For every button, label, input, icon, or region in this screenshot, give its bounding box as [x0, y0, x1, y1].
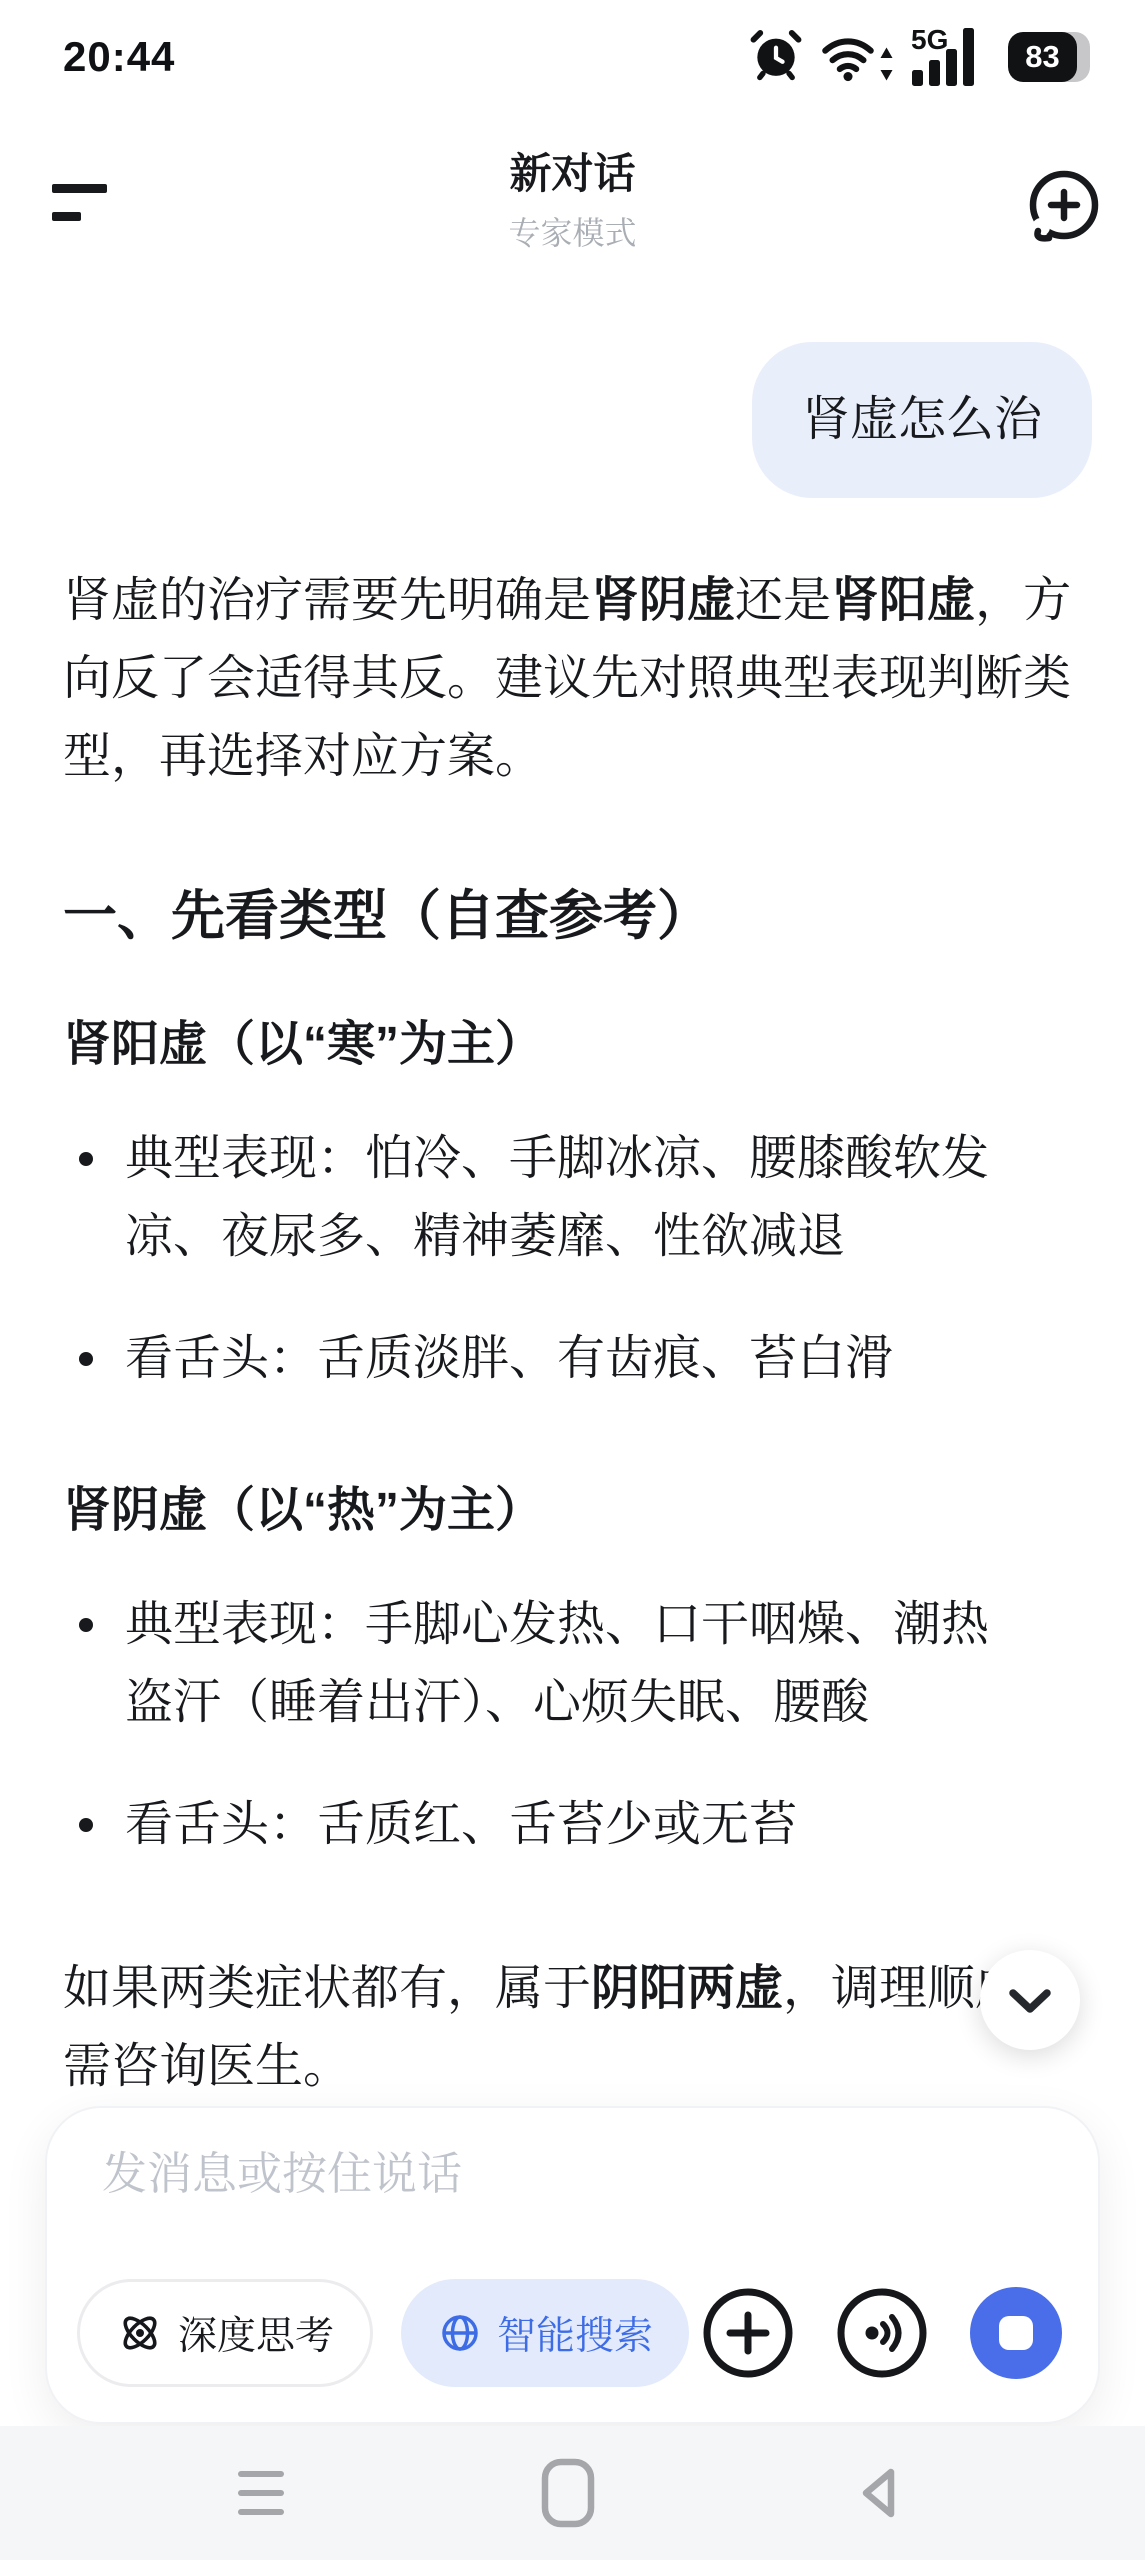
deep-think-button[interactable]: 深度思考: [77, 2279, 373, 2387]
composer-card: 深度思考 智能搜索: [45, 2106, 1100, 2424]
app-header: 新对话 专家模式: [0, 100, 1145, 260]
new-chat-button[interactable]: [1025, 168, 1101, 249]
subsection-heading-yin: 肾阴虚（以“热”为主）: [63, 1482, 1083, 1540]
intro-paragraph: 肾虚的治疗需要先明确是肾阴虚还是肾阳虚，方向反了会适得其反。建议先对照典型表现判…: [63, 562, 1083, 796]
chevron-down-icon: [982, 1952, 1078, 2048]
voice-wave-icon: [836, 2287, 928, 2379]
outro-paragraph: 如果两类症状都有，属于阴阳两虚，调理顺序需咨询医生。: [63, 1950, 1048, 2106]
nav-back-button[interactable]: [851, 2463, 907, 2523]
home-square-icon: [541, 2458, 595, 2528]
list-item: 看舌头：舌质红、舌苔少或无苔: [63, 1786, 1083, 1864]
subsection-heading-yang: 肾阳虚（以“寒”为主）: [63, 1016, 1083, 1074]
smart-search-label: 智能搜索: [497, 2305, 653, 2361]
list-item: 典型表现：手脚心发热、口干咽燥、潮热盗汗（睡着出汗）、心烦失眠、腰酸: [63, 1586, 1083, 1742]
globe-icon: [437, 2310, 483, 2356]
new-chat-icon: [1025, 168, 1101, 244]
voice-button[interactable]: [836, 2287, 928, 2379]
nav-menu-button[interactable]: [238, 2471, 284, 2515]
battery-indicator: 83: [1008, 32, 1090, 82]
status-bar: 20:44 5G: [0, 0, 1145, 100]
atom-icon: [116, 2309, 164, 2357]
chat-area: 肾虚怎么治 肾虚的治疗需要先明确是肾阴虚还是肾阳虚，方向反了会适得其反。建议先对…: [0, 342, 1145, 2106]
mode-subtitle: 专家模式: [0, 208, 1145, 254]
scroll-to-bottom-button[interactable]: [980, 1950, 1080, 2050]
network-label: 5G: [911, 24, 948, 55]
nav-home-button[interactable]: [541, 2458, 595, 2528]
smart-search-button[interactable]: 智能搜索: [401, 2279, 689, 2387]
stop-icon: [999, 2316, 1033, 2350]
sidebar-menu-icon[interactable]: [52, 184, 107, 221]
status-icons: 5G 83: [749, 24, 1090, 91]
symptom-list-yin: 典型表现：手脚心发热、口干咽燥、潮热盗汗（睡着出汗）、心烦失眠、腰酸 看舌头：舌…: [63, 1586, 1083, 1864]
battery-percent: 83: [1025, 39, 1059, 75]
system-navbar: [0, 2426, 1145, 2560]
list-item: 看舌头：舌质淡胖、有齿痕、苔白滑: [63, 1320, 1083, 1398]
clock-time: 20:44: [63, 33, 175, 81]
section-heading: 一、先看类型（自查参考）: [63, 884, 1083, 948]
alarm-icon: [749, 28, 803, 87]
signal-5g-icon: 5G: [911, 24, 991, 91]
attach-button[interactable]: [702, 2287, 794, 2379]
symptom-list-yang: 典型表现：怕冷、手脚冰凉、腰膝酸软发凉、夜尿多、精神萎靡、性欲减退 看舌头：舌质…: [63, 1120, 1083, 1398]
data-arrows-icon: [879, 46, 894, 82]
message-input[interactable]: [102, 2148, 1002, 2200]
composer-controls: 深度思考 智能搜索: [77, 2278, 1062, 2388]
plus-icon: [702, 2287, 794, 2379]
page-title: 新对话: [0, 150, 1145, 198]
deep-think-label: 深度思考: [178, 2305, 334, 2361]
stop-button[interactable]: [970, 2287, 1062, 2379]
list-item: 典型表现：怕冷、手脚冰凉、腰膝酸软发凉、夜尿多、精神萎靡、性欲减退: [63, 1120, 1083, 1276]
assistant-message: 肾虚的治疗需要先明确是肾阴虚还是肾阳虚，方向反了会适得其反。建议先对照典型表现判…: [0, 562, 1145, 2106]
back-triangle-icon: [851, 2463, 907, 2523]
wifi-icon: [820, 32, 894, 82]
user-message-bubble: 肾虚怎么治: [752, 342, 1092, 498]
